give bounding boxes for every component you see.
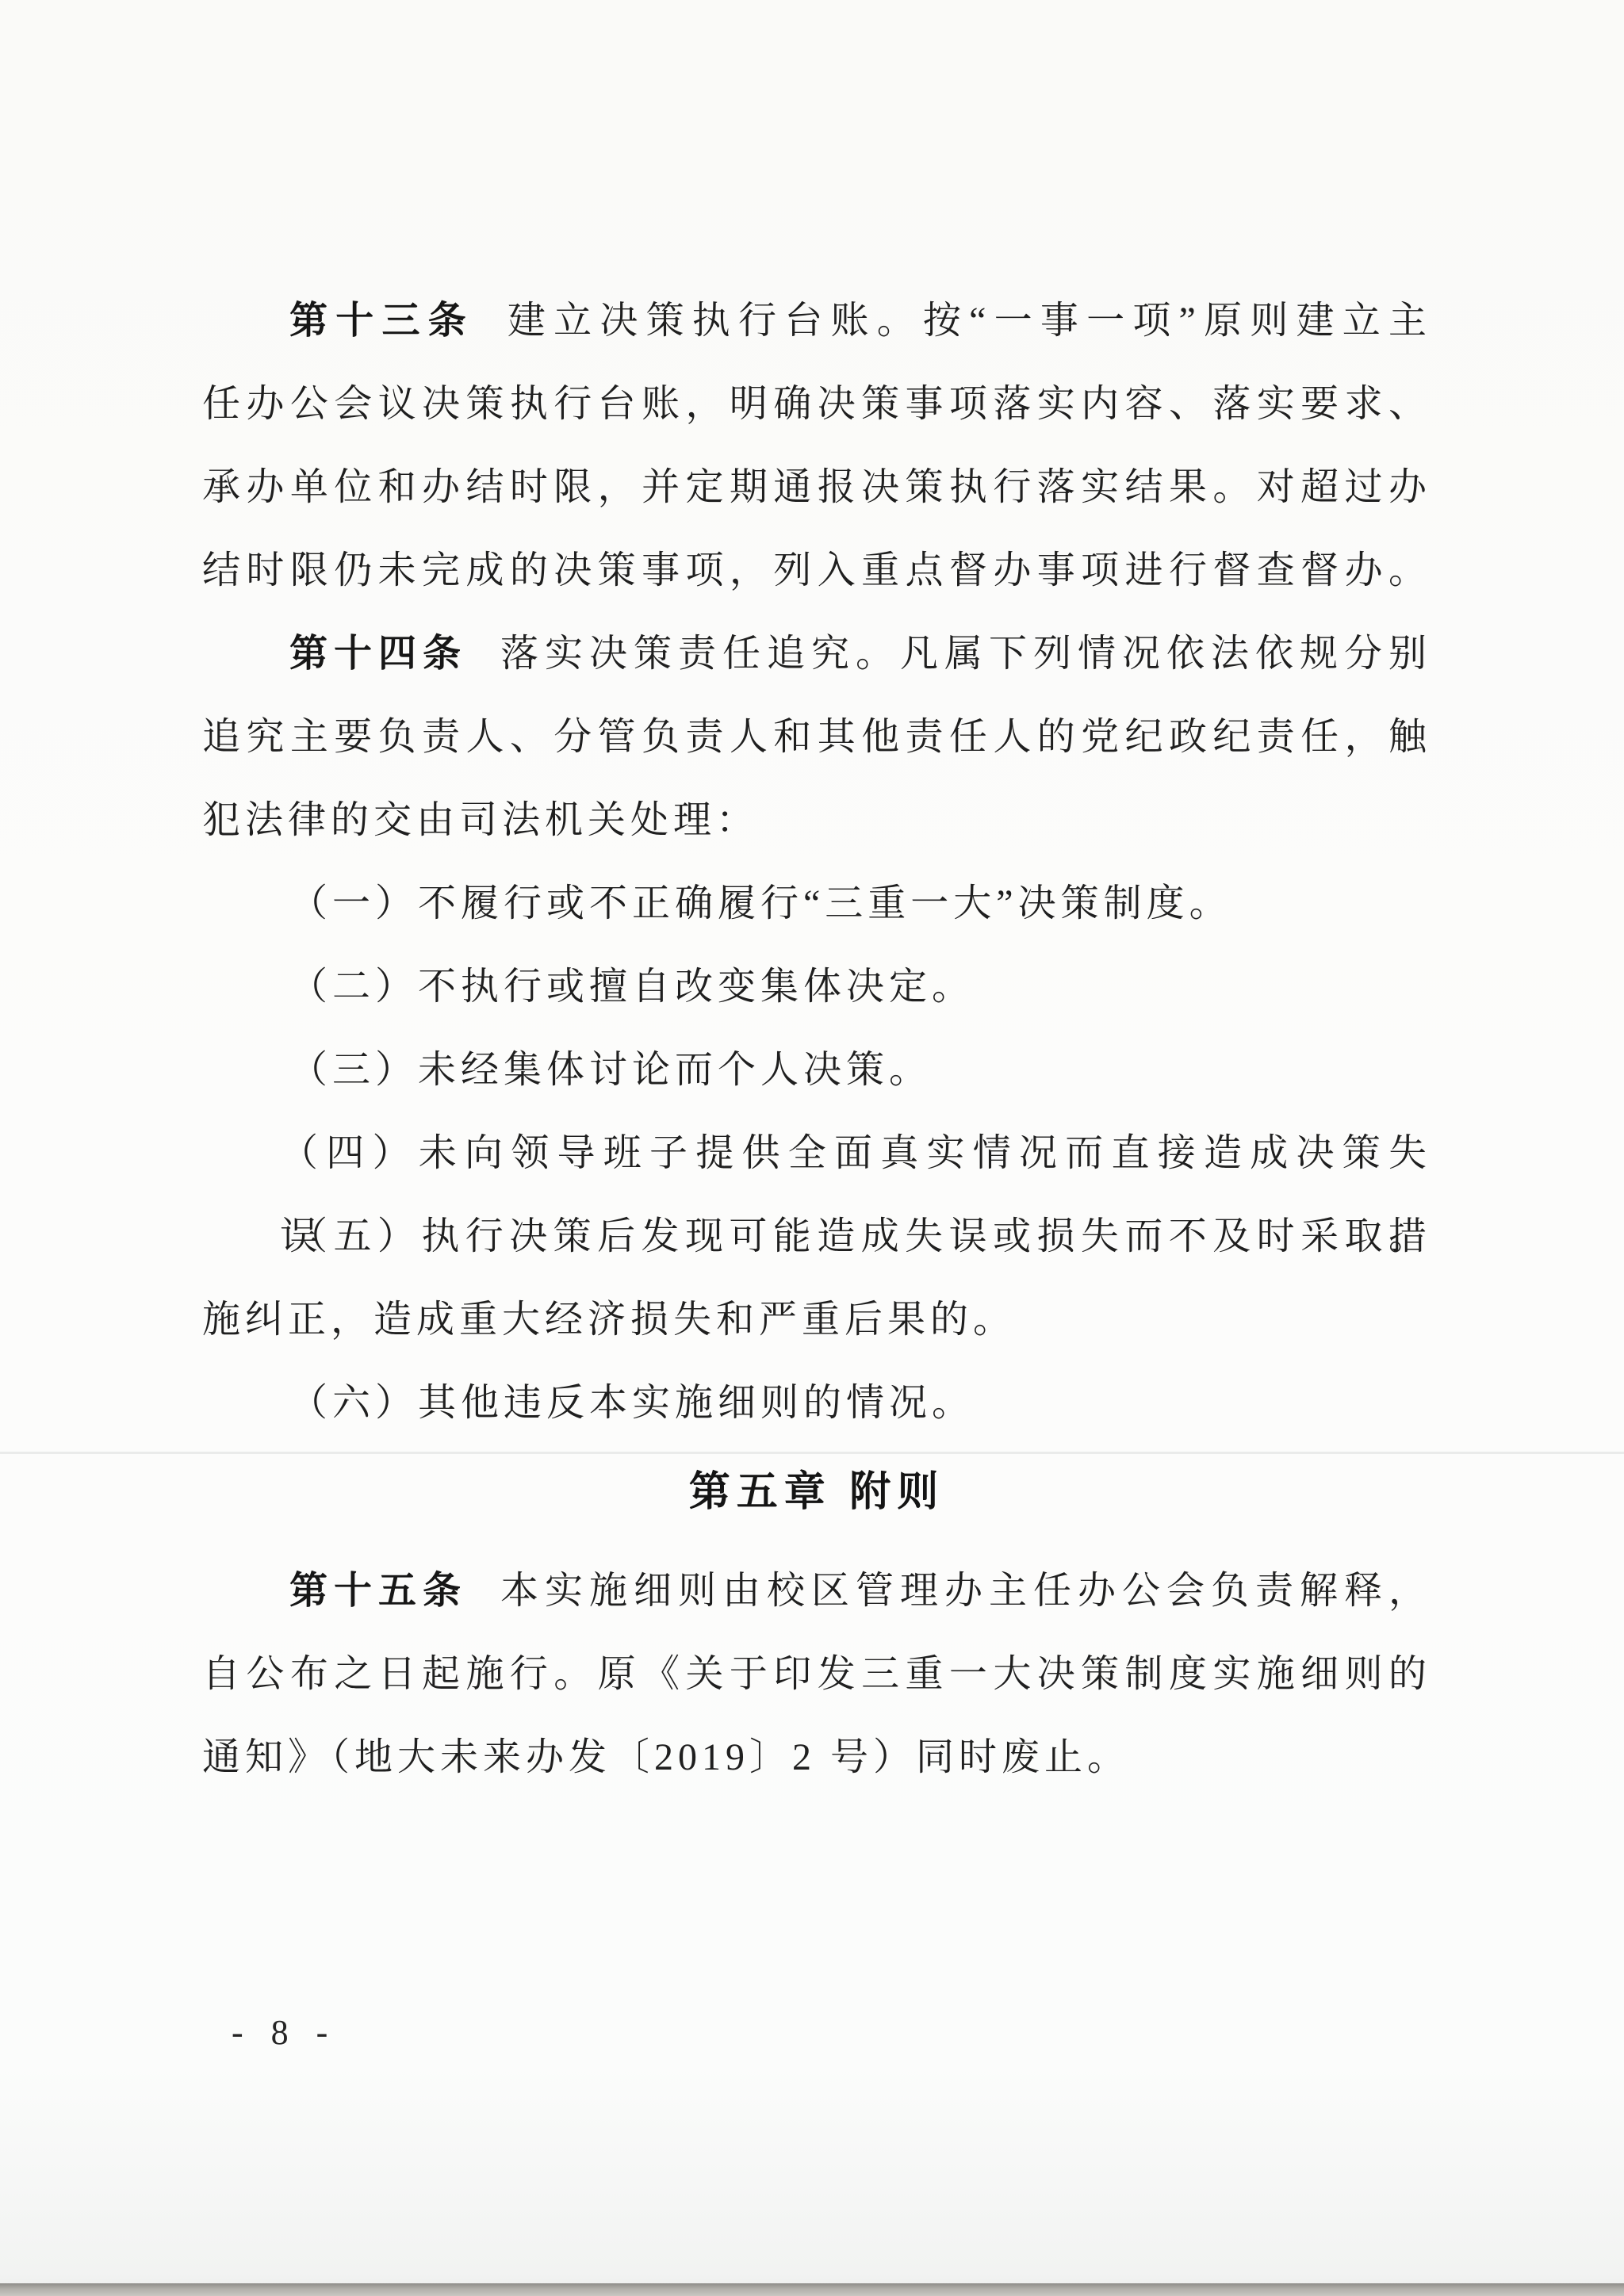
- document-line: 第十三条建立决策执行台账。按“一事一项”原则建立主: [202, 279, 1431, 362]
- document-line: 第十五条本实施细则由校区管理办主任办公会负责解释，: [202, 1549, 1431, 1632]
- line-text: 通知》（地大未来办发〔2019〕2 号）同时废止。: [202, 1736, 1130, 1778]
- line-text: 追究主要负责人、分管负责人和其他责任人的党纪政纪责任，触: [202, 716, 1431, 758]
- scanned-document-page: 第十三条建立决策执行台账。按“一事一项”原则建立主 任办公会议决策执行台账，明确…: [0, 0, 1624, 2296]
- line-text: 施纠正，造成重大经济损失和严重后果的。: [202, 1299, 1016, 1341]
- document-line: （三）未经集体讨论而个人决策。: [202, 1028, 1431, 1112]
- document-line: （四）未向领导班子提供全面真实情况而直接造成决策失误。: [202, 1112, 1431, 1195]
- scan-fold-line: [0, 1452, 1624, 1454]
- document-line: （五）执行决策后发现可能造成失误或损失而不及时采取措: [202, 1195, 1431, 1278]
- line-text: （五）执行决策后发现可能造成失误或损失而不及时采取措: [289, 1215, 1431, 1257]
- chapter-heading: 第五章 附则: [202, 1445, 1431, 1540]
- line-text: （一）不履行或不正确履行“三重一大”决策制度。: [289, 882, 1232, 924]
- document-line: 第十四条落实决策责任追究。凡属下列情况依法依规分别: [202, 612, 1431, 695]
- line-text: 犯法律的交由司法机关处理：: [202, 799, 759, 841]
- document-line: （二）不执行或擅自改变集体决定。: [202, 945, 1431, 1028]
- line-text: 承办单位和办结时限，并定期通报决策执行落实结果。对超过办: [202, 466, 1431, 508]
- document-line: 犯法律的交由司法机关处理：: [202, 779, 1431, 862]
- line-text: 任办公会议决策执行台账，明确决策事项落实内容、落实要求、: [202, 383, 1431, 425]
- document-line: 任办公会议决策执行台账，明确决策事项落实内容、落实要求、: [202, 362, 1431, 446]
- line-text: 建立决策执行台账。按“一事一项”原则建立主: [507, 300, 1431, 342]
- document-line: 通知》（地大未来办发〔2019〕2 号）同时废止。: [202, 1716, 1431, 1799]
- article-number-label: 第十四条: [289, 633, 467, 675]
- line-text: （六）其他违反本实施细则的情况。: [289, 1382, 975, 1424]
- document-line: （一）不履行或不正确履行“三重一大”决策制度。: [202, 862, 1431, 945]
- scanner-edge-strip: [0, 2283, 1624, 2296]
- page-number: - 8 -: [232, 2012, 337, 2053]
- document-line: 施纠正，造成重大经济损失和严重后果的。: [202, 1278, 1431, 1361]
- article-number-label: 第十五条: [289, 1570, 467, 1612]
- document-line: （六）其他违反本实施细则的情况。: [202, 1361, 1431, 1445]
- line-text: 结时限仍未完成的决策事项，列入重点督办事项进行督查督办。: [202, 549, 1431, 591]
- line-text: （三）未经集体讨论而个人决策。: [289, 1049, 932, 1091]
- document-line: 追究主要负责人、分管负责人和其他责任人的党纪政纪责任，触: [202, 695, 1431, 779]
- line-text: （二）不执行或擅自改变集体决定。: [289, 966, 975, 1008]
- document-line: 结时限仍未完成的决策事项，列入重点督办事项进行督查督办。: [202, 529, 1431, 612]
- line-text: 落实决策责任追究。凡属下列情况依法依规分别: [500, 633, 1431, 675]
- line-text: 本实施细则由校区管理办主任办公会负责解释，: [500, 1570, 1431, 1612]
- article-number-label: 第十三条: [289, 300, 474, 342]
- line-text: 自公布之日起施行。原《关于印发三重一大决策制度实施细则的: [202, 1653, 1431, 1695]
- document-body: 第十三条建立决策执行台账。按“一事一项”原则建立主 任办公会议决策执行台账，明确…: [202, 279, 1431, 1799]
- document-line: 自公布之日起施行。原《关于印发三重一大决策制度实施细则的: [202, 1632, 1431, 1716]
- document-line: 承办单位和办结时限，并定期通报决策执行落实结果。对超过办: [202, 446, 1431, 529]
